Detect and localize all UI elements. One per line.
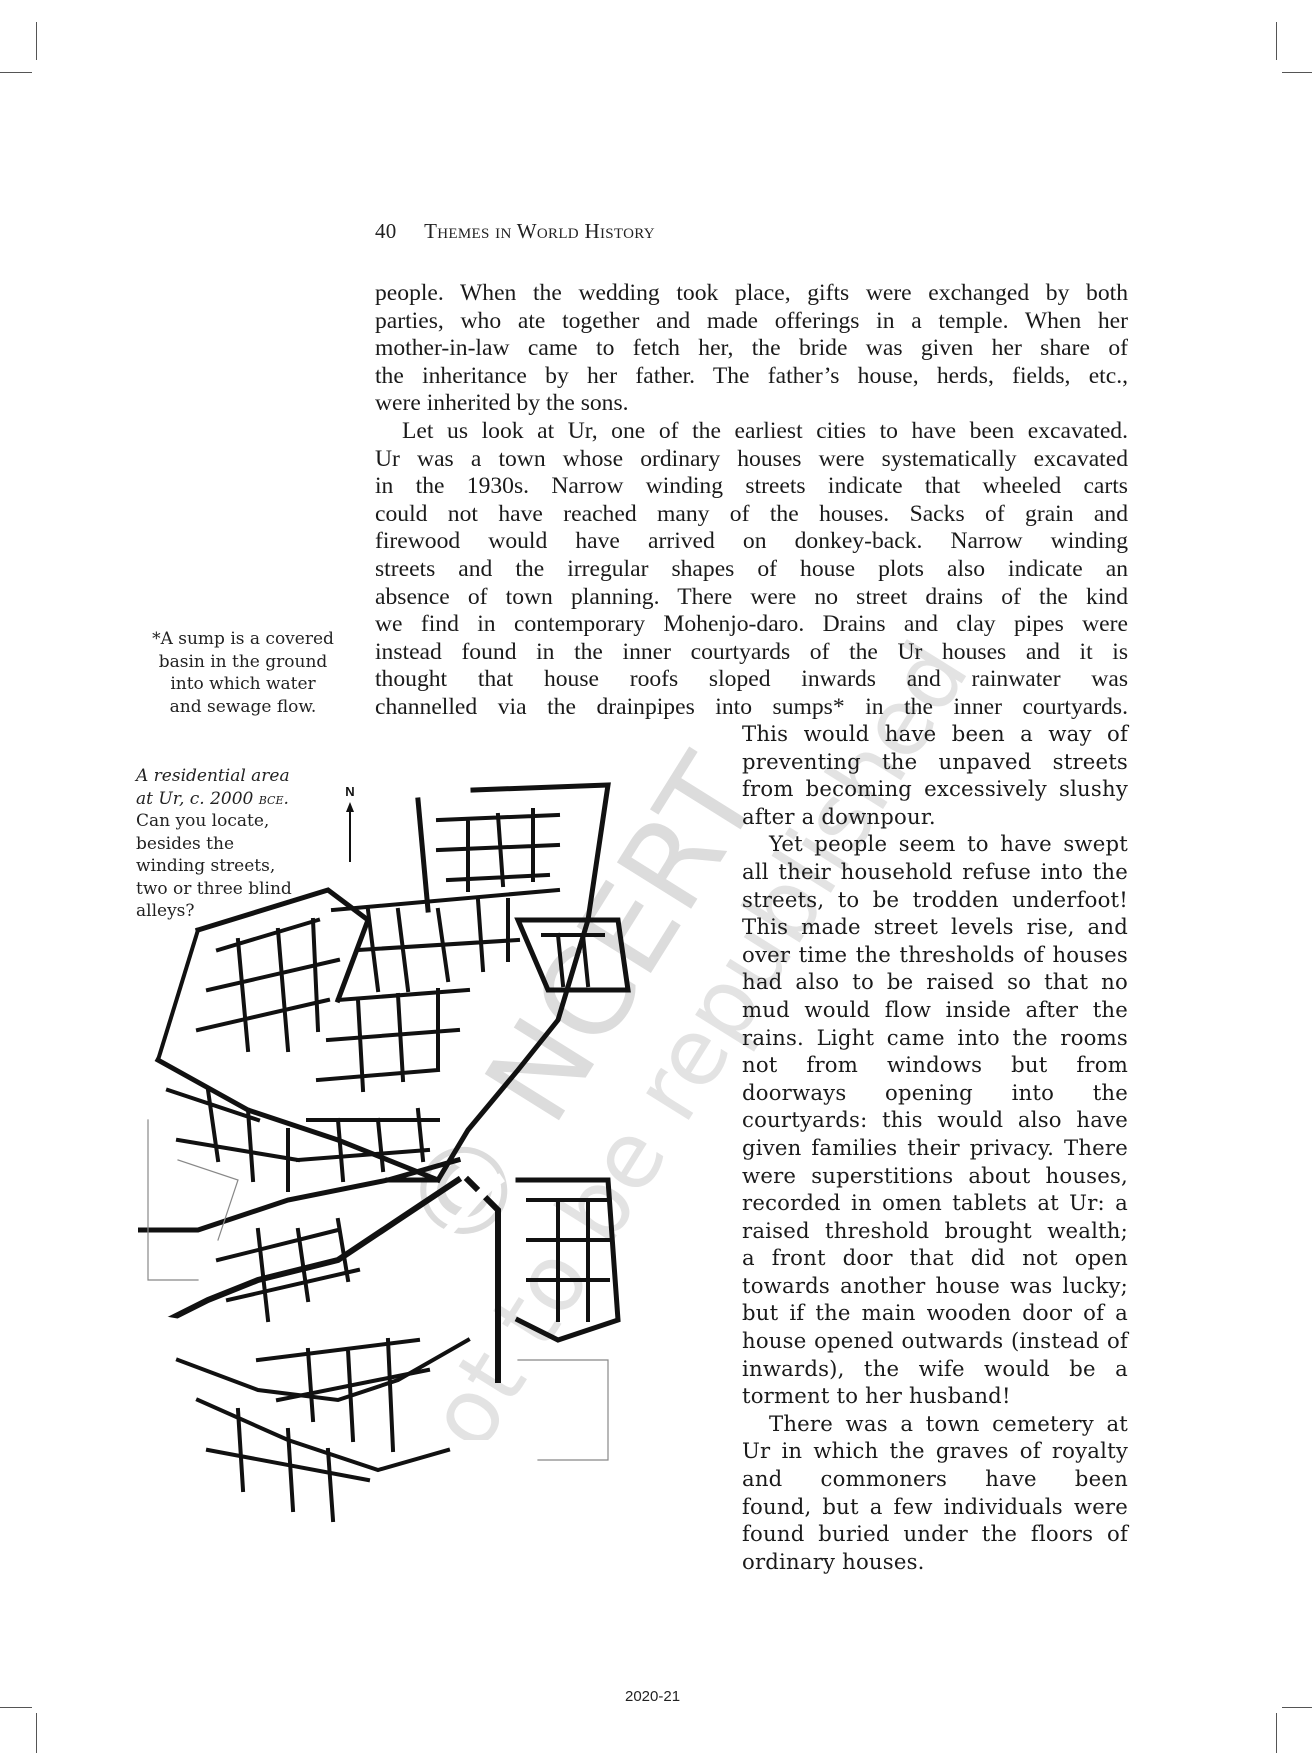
north-label: N — [345, 784, 354, 799]
text-line: streets and the irregular shapes of hous… — [375, 556, 1128, 584]
text-line: Ur in which the graves of royalty — [742, 1437, 1128, 1465]
text-line: given families their privacy. There — [742, 1134, 1128, 1162]
text-line: channelled via the drainpipes into sumps… — [375, 694, 1128, 722]
text-line: found buried under the floors of — [742, 1520, 1128, 1548]
sidenote-sump-definition: *A sump is a covered basin in the ground… — [138, 628, 348, 718]
caption-question-line: two or three blind — [136, 878, 336, 901]
text-line: were superstitions about houses, — [742, 1162, 1128, 1190]
text-line: in the 1930s. Narrow winding streets ind… — [375, 473, 1128, 501]
text-line: after a downpour. — [742, 803, 1128, 831]
crop-mark-bottom-right-v — [1276, 1713, 1277, 1753]
crop-mark-top-left-h — [0, 72, 32, 73]
text-line: house opened outwards (instead of — [742, 1327, 1128, 1355]
text-line: all their household refuse into the — [742, 858, 1128, 886]
text-line: but if the main wooden door of a — [742, 1299, 1128, 1327]
text-line: the inheritance by her father. The fathe… — [375, 363, 1128, 391]
sidenote-line: into which water — [138, 673, 348, 696]
text-line: towards another house was lucky; — [742, 1272, 1128, 1300]
crop-mark-top-right-h — [1282, 72, 1312, 73]
sidenote-line: *A sump is a covered — [138, 628, 348, 651]
text-line: over time the thresholds of houses — [742, 941, 1128, 969]
book-title: Themes in World History — [424, 219, 655, 243]
text-line: thought that house roofs sloped inwards … — [375, 666, 1128, 694]
text-line: found, but a few individuals were — [742, 1493, 1128, 1521]
sidenote-line: basin in the ground — [138, 651, 348, 674]
caption-date: at Ur, c. 2000 — [136, 789, 259, 809]
text-line: firewood would have arrived on donkey-ba… — [375, 528, 1128, 556]
paragraph-start-line: Yet people seem to have swept — [742, 830, 1128, 858]
caption-question-line: winding streets, — [136, 855, 336, 878]
caption-question-line: alleys? — [136, 900, 336, 923]
text-line: ordinary houses. — [742, 1548, 1128, 1576]
caption-era: bce — [259, 790, 284, 808]
paragraph-start-line: There was a town cemetery at — [742, 1410, 1128, 1438]
north-arrow-icon: N — [340, 784, 360, 864]
crop-mark-bottom-left-v — [36, 1713, 37, 1753]
text-line: This would have been a way of — [742, 720, 1128, 748]
caption-question-line: Can you locate, — [136, 810, 336, 833]
text-line: preventing the unpaved streets — [742, 748, 1128, 776]
text-line: not from windows but from — [742, 1051, 1128, 1079]
crop-mark-bottom-right-h — [1282, 1707, 1312, 1708]
paragraph-start-line: Let us look at Ur, one of the earliest c… — [375, 418, 1128, 446]
text-line: mud would flow inside after the — [742, 996, 1128, 1024]
text-line: from becoming excessively slushy — [742, 775, 1128, 803]
text-line: a front door that did not open — [742, 1244, 1128, 1272]
text-line: we find in contemporary Mohenjo-daro. Dr… — [375, 611, 1128, 639]
text-line: people. When the wedding took place, gif… — [375, 280, 1128, 308]
crop-mark-top-right-v — [1276, 22, 1277, 60]
caption-period: . — [284, 789, 289, 809]
text-line: parties, who ate together and made offer… — [375, 308, 1128, 336]
text-line: could not have reached many of the house… — [375, 501, 1128, 529]
text-line: absence of town planning. There were no … — [375, 584, 1128, 612]
body-text-top: people. When the wedding took place, gif… — [375, 280, 1128, 722]
crop-mark-top-left-v — [36, 22, 37, 60]
text-line: recorded in omen tablets at Ur: a — [742, 1189, 1128, 1217]
crop-mark-bottom-left-h — [0, 1707, 32, 1708]
sidenote-line: and sewage flow. — [138, 696, 348, 719]
figure-caption: A residential area at Ur, c. 2000 bce. C… — [136, 765, 336, 923]
text-line: streets, to be trodden underfoot! — [742, 886, 1128, 914]
text-line: This made street levels rise, and — [742, 913, 1128, 941]
text-line: courtyards: this would also have — [742, 1106, 1128, 1134]
running-head: 40 Themes in World History — [375, 219, 655, 244]
footer-year: 2020-21 — [625, 1688, 680, 1705]
text-line: Ur was a town whose ordinary houses were… — [375, 446, 1128, 474]
caption-title-1: A residential area — [136, 765, 336, 788]
text-line: torment to her husband! — [742, 1382, 1128, 1410]
text-line: raised threshold brought wealth; — [742, 1217, 1128, 1245]
text-line: rains. Light came into the rooms — [742, 1024, 1128, 1052]
page-number: 40 — [375, 219, 397, 243]
body-text-right-column: This would have been a way of preventing… — [742, 720, 1128, 1575]
text-line: and commoners have been — [742, 1465, 1128, 1493]
text-line: doorways opening into the — [742, 1079, 1128, 1107]
text-line: were inherited by the sons. — [375, 390, 1128, 418]
text-line: had also to be raised so that no — [742, 968, 1128, 996]
text-line: instead found in the inner courtyards of… — [375, 639, 1128, 667]
text-line: inwards), the wife would be a — [742, 1355, 1128, 1383]
caption-title-2: at Ur, c. 2000 bce. — [136, 788, 336, 811]
text-line: mother-in-law came to fetch her, the bri… — [375, 335, 1128, 363]
caption-question-line: besides the — [136, 833, 336, 856]
